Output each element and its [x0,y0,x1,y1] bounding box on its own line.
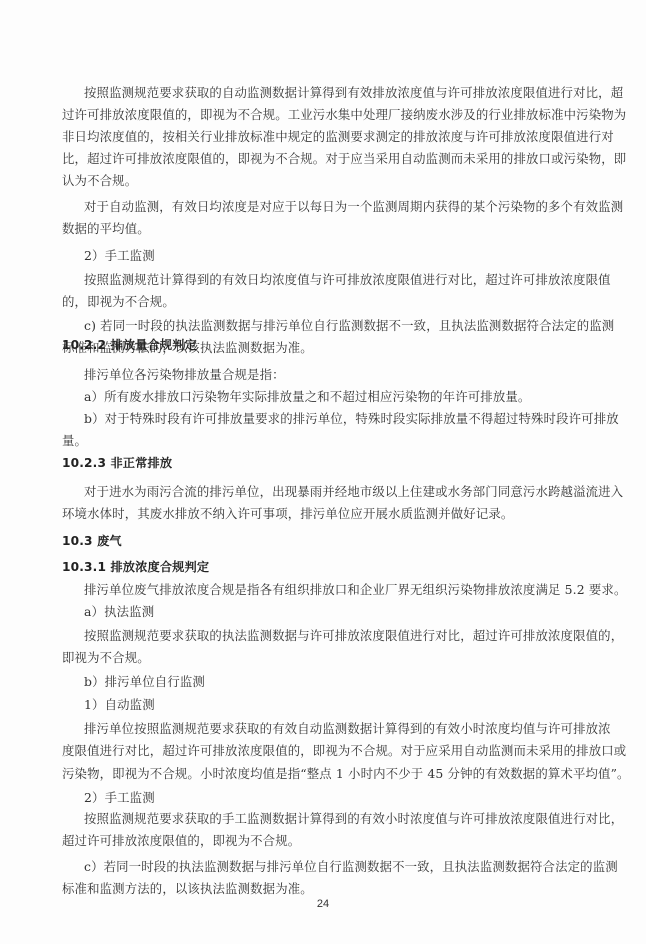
paragraph-line: 即视为不合规。 [62,650,596,666]
list-item-b: b）排污单位自行监测 [84,674,596,690]
paragraph-line: 度限值进行对比，超过许可排放浓度限值的，即视为不合规。对于应采用自动监测而未采用… [62,743,596,759]
paragraph-line: 非日均浓度值的，按相关行业排放标准中规定的监测要求测定的排放浓度与许可排放浓度限… [62,129,596,145]
section-heading-10-3-1: 10.3.1 排放浓度合规判定 [62,559,596,575]
list-item-a: a）所有废水排放口污染物年实际排放量之和不超过相应污染物的年许可排放量。 [84,389,596,405]
section-heading-10-2-2: 10.2.2 排放量合规判定 [62,337,596,353]
paragraph-line: 排污单位各污染物排放量合规是指： [84,367,596,383]
paragraph-line: 按照监测规范要求获取的自动监测数据计算得到有效排放浓度值与许可排放浓度限值进行对… [84,85,596,101]
list-item-c: c）若同一时段的执法监测数据与排污单位自行监测数据不一致，且执法监测数据符合法定… [84,859,596,875]
document-page: 按照监测规范要求获取的自动监测数据计算得到有效排放浓度值与许可排放浓度限值进行对… [0,0,646,944]
paragraph-line: 过许可排放浓度限值的，即视为不合规。工业污水集中处理厂接纳废水涉及的行业排放标准… [62,107,596,123]
subsection-label: 2）手工监测 [84,790,596,806]
paragraph-line: 数据的平均值。 [62,221,596,237]
paragraph-line: 环境水体时，其废水排放不纳入许可事项，排污单位应开展水质监测并做好记录。 [62,506,596,522]
paragraph-line: 标准和监测方法的，以该执法监测数据为准。 [62,881,596,897]
paragraph-line: c) 若同一时段的执法监测数据与排污单位自行监测数据不一致，且执法监测数据符合法… [84,318,596,334]
paragraph-line: 量。 [62,433,596,449]
paragraph-line: 的，即视为不合规。 [62,294,596,310]
paragraph-line: 超过许可排放浓度限值的，即视为不合规。 [62,833,596,849]
page-number: 24 [0,898,646,910]
paragraph-line: 按照监测规范计算得到的有效日均浓度值与许可排放浓度限值进行对比，超过许可排放浓度… [84,272,596,288]
paragraph-line: 按照监测规范要求获取的执法监测数据与许可排放浓度限值进行对比，超过许可排放浓度限… [84,628,596,644]
paragraph-line: 认为不合规。 [62,173,596,189]
paragraph-line: 比，超过许可排放浓度限值的，即视为不合规。对于应当采用自动监测而未采用的排放口或… [62,151,596,167]
subsection-label: 1）自动监测 [84,697,596,713]
paragraph-line: 排污单位废气排放浓度合规是指各有组织排放口和企业厂界无组织污染物排放浓度满足 5… [84,582,596,598]
section-heading-10-2-3: 10.2.3 非正常排放 [62,455,596,471]
list-item-b: b）对于特殊时段有许可排放量要求的排污单位，特殊时段实际排放量不得超过特殊时段许… [84,411,596,427]
paragraph-line: 对于进水为雨污合流的排污单位，出现暴雨并经地市级以上住建或水务部门同意污水跨越溢… [84,484,596,500]
paragraph-line: 按照监测规范要求获取的手工监测数据计算得到的有效小时浓度值与许可排放浓度限值进行… [84,811,596,827]
subsection-label: 2）手工监测 [84,248,596,264]
paragraph-line: 污染物，即视为不合规。小时浓度均值是指“整点 1 小时内不少于 45 分钟的有效… [62,766,596,782]
paragraph-line: 对于自动监测，有效日均浓度是对应于以每日为一个监测周期内获得的某个污染物的多个有… [84,199,596,215]
paragraph-line: 排污单位按照监测规范要求获取的有效自动监测数据计算得到的有效小时浓度均值与许可排… [84,721,596,737]
list-item-a: a）执法监测 [84,604,596,620]
section-heading-10-3: 10.3 废气 [62,533,596,549]
